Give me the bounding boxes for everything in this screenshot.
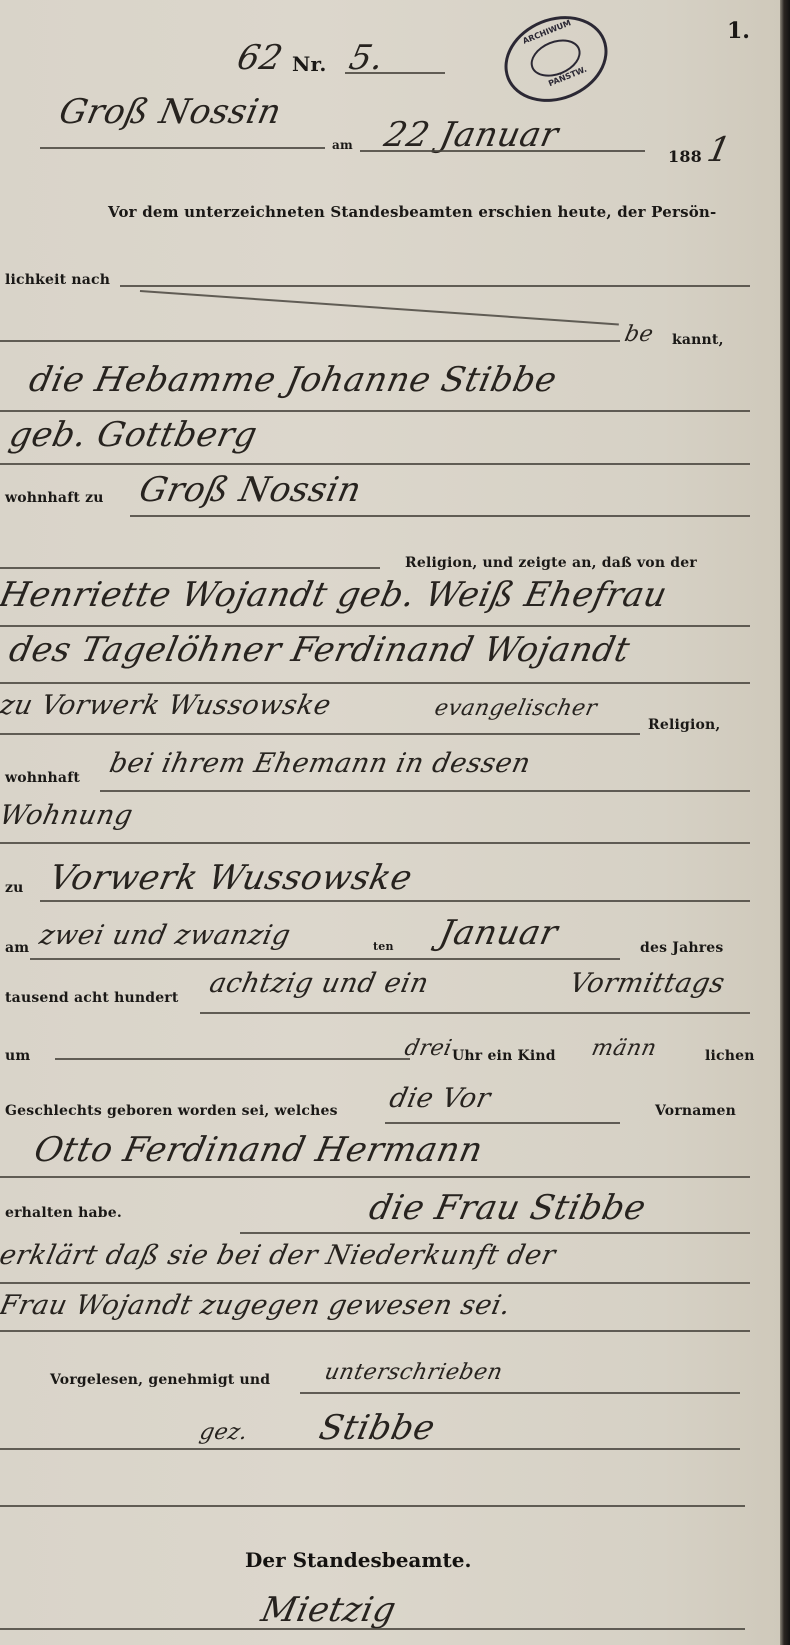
printed-lichen: lichen — [705, 1048, 755, 1064]
printed-am: am — [5, 940, 29, 956]
gez-handwritten: gez. — [197, 1420, 250, 1445]
printed-vornamen: Vornamen — [655, 1103, 736, 1119]
printed-wohnhaft-zu: wohnhaft zu — [5, 490, 104, 506]
religion-handwritten: evangelischer — [432, 696, 599, 721]
printed-religion: Religion, — [648, 717, 720, 733]
birth-month-handwritten: Januar — [436, 913, 562, 953]
mother-residence: bei ihrem Ehemann in dessen — [107, 748, 534, 779]
printed-vorgelesen: Vorgelesen, genehmigt und — [50, 1372, 270, 1388]
father-name: des Tagelöhner Ferdinand Wojandt — [6, 630, 634, 670]
printed-uhr-ein-kind: Uhr ein Kind — [452, 1048, 556, 1064]
am-label: am — [332, 138, 353, 152]
time-of-day-handwritten: Vormittags — [567, 968, 728, 999]
page-marker: 1. — [727, 18, 750, 44]
residence-continued: Wohnung — [0, 800, 136, 831]
year-printed: 188 — [668, 147, 702, 166]
informant-residence: Groß Nossin — [136, 470, 365, 510]
informant-signature: Stibbe — [316, 1408, 439, 1448]
printed-religion-intro: Religion, und zeigte an, daß von der — [405, 555, 697, 571]
printed-persoenlichkeit: lichkeit nach — [5, 272, 110, 288]
birth-day-handwritten: zwei und zwanzig — [37, 920, 294, 951]
date-handwritten: 22 Januar — [381, 115, 562, 155]
birth-year-handwritten: achtzig und ein — [207, 968, 432, 999]
printed-zu: zu — [5, 880, 24, 896]
be-handwritten: be — [622, 322, 655, 347]
printed-tausend-acht-hundert: tausend acht hundert — [5, 990, 179, 1006]
birth-hour-handwritten: drei — [402, 1036, 454, 1061]
printed-kannt: kannt, — [672, 332, 724, 348]
printed-intro: Vor dem unterzeichneten Standesbeamten e… — [108, 203, 716, 221]
father-residence: zu Vorwerk Wussowske — [0, 690, 334, 721]
mother-name: Henriette Wojandt geb. Weiß Ehefrau — [0, 575, 671, 615]
nr-label: Nr. — [292, 52, 327, 76]
given-names-intro-handwritten: die Vor — [387, 1083, 494, 1114]
remark-line-1: die Frau Stibbe — [366, 1188, 650, 1228]
printed-ten: ten — [373, 940, 394, 953]
child-given-names: Otto Ferdinand Hermann — [31, 1130, 487, 1170]
official-title: Der Standesbeamte. — [245, 1548, 471, 1572]
unterschrieben-handwritten: unterschrieben — [322, 1360, 505, 1385]
register-prefix: 62 — [234, 38, 287, 78]
informant-maiden-name: geb. Gottberg — [6, 415, 261, 455]
birth-place: Vorwerk Wussowske — [46, 858, 416, 898]
scan-edge — [780, 0, 790, 1645]
official-signature: Mietzig — [258, 1590, 400, 1630]
remark-line-3: Frau Wojandt zugegen gewesen sei. — [0, 1290, 514, 1321]
sex-handwritten: männ — [589, 1036, 659, 1061]
printed-geschlechts: Geschlechts geboren worden sei, welches — [5, 1103, 338, 1119]
printed-wohnhaft: wohnhaft — [5, 770, 80, 786]
printed-erhalten-habe: erhalten habe. — [5, 1205, 122, 1221]
place-handwritten: Groß Nossin — [56, 92, 285, 132]
register-page: 62 Nr. 5. ARCHIWUM PAŃSTW. 1. Groß Nossi… — [0, 0, 780, 1645]
printed-des-jahres: des Jahres — [640, 940, 724, 956]
printed-um: um — [5, 1048, 30, 1064]
informant-name: die Hebamme Johanne Stibbe — [26, 360, 561, 400]
remark-line-2: erklärt daß sie bei der Niederkunft der — [0, 1240, 559, 1271]
year-handwritten: 1 — [704, 130, 735, 170]
archive-stamp: ARCHIWUM PAŃSTW. — [492, 1, 621, 117]
